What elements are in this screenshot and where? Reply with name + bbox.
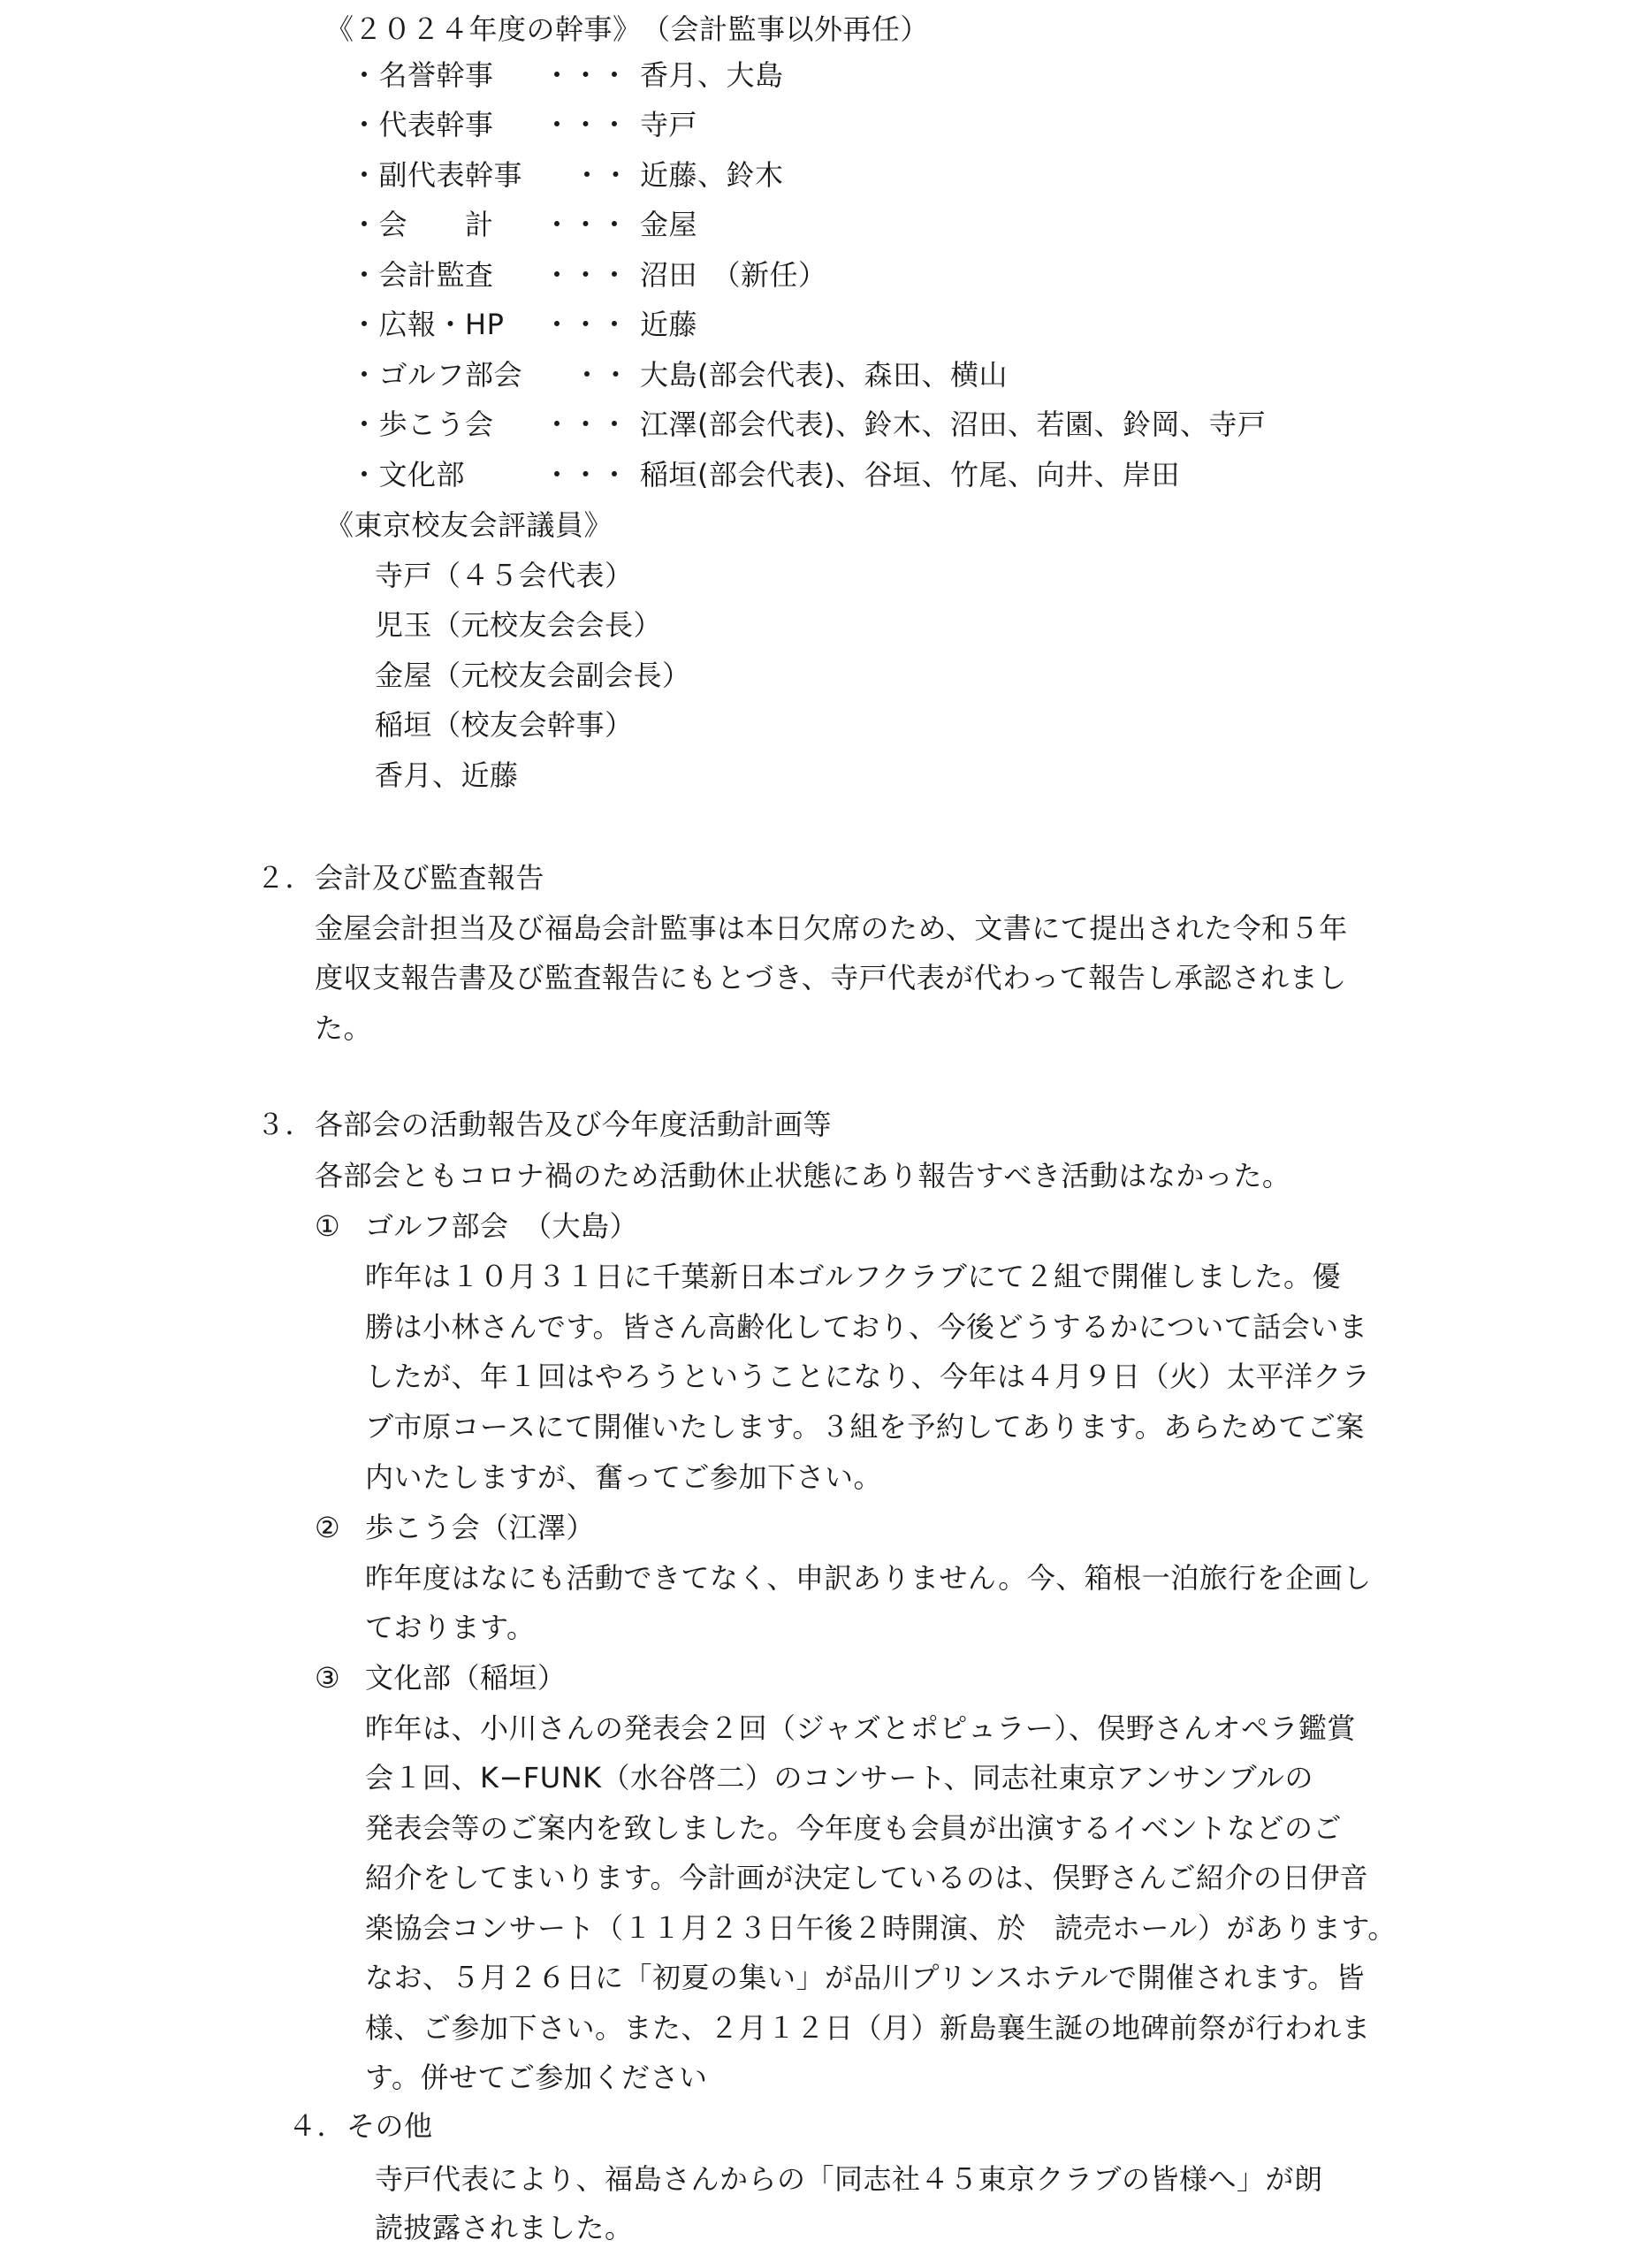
councilor-item: 児玉（元校友会会長） <box>375 607 662 643</box>
officer-names: 江澤(部会代表)、鈴木、沼田、若園、鈴岡、寺戸 <box>640 407 1266 442</box>
officer-role: ・代表幹事 <box>350 107 494 142</box>
paragraph-line: 読披露されました。 <box>375 2210 634 2245</box>
paragraph-line: 発表会等のご案内を致しました。今年度も会員が出演するイベントなどのご <box>365 1810 1342 1846</box>
officer-role: ・広報・HP <box>350 307 504 342</box>
officers-heading: 《２０２４年度の幹事》 （会計監事以外再任） <box>325 11 929 47</box>
paragraph-line: 紹介をしてまいります。今計画が決定しているのは、俣野さんご紹介の日伊音 <box>365 1860 1368 1895</box>
officer-names: 近藤、鈴木 <box>640 157 784 193</box>
paragraph-line: 内いたしますが、奮ってご参加下さい。 <box>365 1459 882 1495</box>
section-number: ４． <box>288 2108 346 2144</box>
paragraph-line: 昨年度はなにも活動できてなく、申訳ありません。今、箱根一泊旅行を企画し <box>365 1560 1372 1596</box>
officer-role: ・ゴルフ部会 <box>350 357 522 392</box>
paragraph-line: 昨年は１０月３１日に千葉新日本ゴルフクラブにて２組で開催しました。優 <box>365 1259 1341 1294</box>
officer-separator: ・・・ <box>543 257 629 293</box>
circled-number-3: ③ <box>315 1660 340 1695</box>
paragraph-line: 会１回、K−FUNK（水谷啓二）のコンサート、同志社東京アンサンブルの <box>365 1760 1313 1795</box>
paragraph-line: ブ市原コースにて開催いたします。３組を予約してあります。あらためてご案 <box>365 1409 1365 1444</box>
subsection-title: 歩こう会（江澤） <box>365 1510 595 1545</box>
paragraph-line: 昨年は、小川さんの発表会２回（ジャズとポピュラー）、俣野さんオペラ鑑賞 <box>365 1711 1356 1746</box>
officer-separator: ・・ <box>573 157 630 193</box>
officer-role: ・文化部 <box>350 457 465 492</box>
councilor-item: 稲垣（校友会幹事） <box>375 707 634 743</box>
officer-names: 稲垣(部会代表)、谷垣、竹尾、向井、岸田 <box>640 457 1180 492</box>
officer-role: ・名誉幹事 <box>350 57 494 93</box>
paragraph-line: 勝は小林さんです。皆さん高齢化しており、今後どうするかについて話会いま <box>365 1309 1367 1345</box>
subsection-title: 文化部（稲垣） <box>365 1660 567 1695</box>
officer-separator: ・・・ <box>543 457 629 492</box>
section-number: ３． <box>256 1107 314 1142</box>
officer-names: 香月、大島 <box>640 57 784 93</box>
circled-number-1: ① <box>315 1208 340 1244</box>
paragraph-line: た。 <box>315 1010 372 1046</box>
officer-names: 寺戸 <box>640 107 697 142</box>
paragraph-line: 度収支報告書及び監査報告にもとづき、寺戸代表が代わって報告し承認されまし <box>315 960 1347 995</box>
paragraph-line: 様、ご参加下さい。また、２月１２日（月）新島襄生誕の地碑前祭が行われま <box>365 2010 1371 2046</box>
paragraph-line: 金屋会計担当及び福島会計監事は本日欠席のため、文書にて提出された令和５年 <box>315 911 1348 946</box>
councilor-item: 香月、近藤 <box>375 758 519 793</box>
circled-number-2: ② <box>315 1510 340 1545</box>
officer-separator: ・・・ <box>543 57 629 93</box>
officer-role: ・会計監査 <box>350 257 494 293</box>
officer-role: ・会 計 <box>350 207 494 242</box>
officer-role: ・副代表幹事 <box>350 157 522 193</box>
paragraph-line: なお、５月２６日に「初夏の集い」が品川プリンスホテルで開催されます。皆 <box>365 1960 1365 1995</box>
officer-separator: ・・・ <box>543 207 629 242</box>
paragraph-line: ております。 <box>365 1610 535 1645</box>
paragraph-line: したが、年１回はやろうということになり、今年は４月９日（火）太平洋クラ <box>365 1359 1371 1394</box>
officer-names: 金屋 <box>640 207 697 242</box>
officer-separator: ・・・ <box>543 407 629 442</box>
officer-role: ・歩こう会 <box>350 407 494 442</box>
section-title: 各部会の活動報告及び今年度活動計画等 <box>315 1107 832 1142</box>
subsection-title: ゴルフ部会 （大島） <box>365 1208 638 1244</box>
section-title: その他 <box>346 2108 433 2144</box>
councilor-item: 金屋（元校友会副会長） <box>375 658 691 693</box>
section-number: ２． <box>256 860 314 895</box>
officer-separator: ・・・ <box>543 307 629 342</box>
paragraph-line: 楽協会コンサート（１１月２３日午後２時開演、於 読売ホール）があります。 <box>365 1910 1397 1946</box>
councilor-item: 寺戸（４５会代表） <box>375 558 634 593</box>
paragraph-line: す。併せてご参加ください <box>365 2060 707 2095</box>
officer-names: 沼田 （新任） <box>640 257 827 293</box>
section-intro: 各部会ともコロナ禍のため活動休止状態にあり報告すべき活動はなかった。 <box>315 1158 1290 1193</box>
officer-names: 大島(部会代表)、森田、横山 <box>640 357 1008 392</box>
paragraph-line: 寺戸代表により、福島さんからの「同志社４５東京クラブの皆様へ」が朗 <box>375 2161 1323 2197</box>
councilors-heading: 《東京校友会評議員》 <box>325 507 613 543</box>
officer-separator: ・・・ <box>543 107 629 142</box>
officer-names: 近藤 <box>640 307 697 342</box>
officer-separator: ・・ <box>573 357 630 392</box>
section-title: 会計及び監査報告 <box>315 860 544 895</box>
